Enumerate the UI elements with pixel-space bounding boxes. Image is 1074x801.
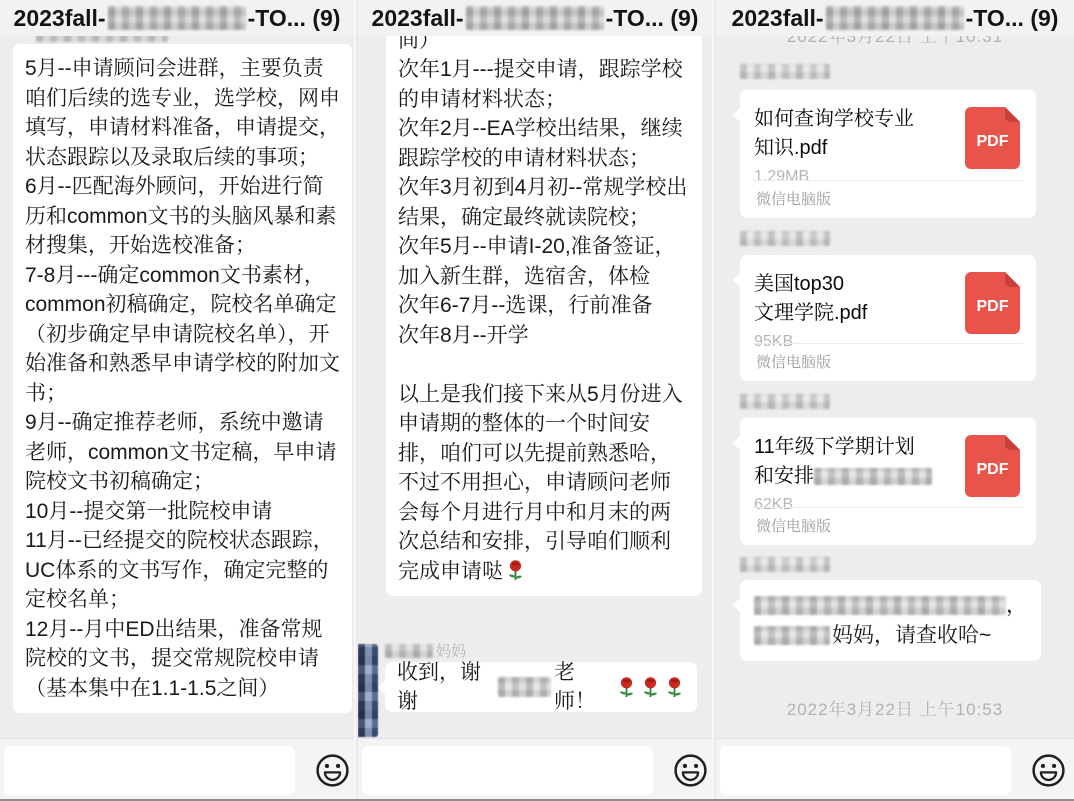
chat-title-suffix: -TO... (9) <box>966 5 1059 32</box>
redacted-name <box>754 626 830 645</box>
chat-title-bar: 2023fall- -TO... (9) <box>0 0 354 36</box>
chat-title-prefix: 2023fall- <box>14 5 106 32</box>
chat-screenshot-panel-3: 2022年3月22日 上午10:31 如何查询学校专业 知识.pdf 1.29M… <box>716 0 1074 801</box>
chat-messages-area: 2022年3月22日 上午10:31 如何查询学校专业 知识.pdf 1.29M… <box>716 0 1074 738</box>
chat-title-suffix: -TO... (9) <box>606 5 699 32</box>
message-bubble-timeline-part1: 5月--申请顾问会进群，主要负责咱们后续的选专业，选学校，网申填写，申请材料准备… <box>13 44 352 713</box>
chat-messages-area: 申请（基本集中在1.1-1.5之间） 次年1月---提交申请，跟踪学校的申请材料… <box>358 0 712 738</box>
chat-screenshot-panel-2: 2023fall- -TO... (9) 申请（基本集中在1.1-1.5之间） … <box>358 0 714 801</box>
file-source: 微信电脑版 <box>753 180 1023 218</box>
redacted-group-name <box>108 6 246 30</box>
message-bubble-reply: 收到，谢谢 老师！ <box>385 662 697 712</box>
chat-title-bar: 2023fall- -TO... (9) <box>358 0 712 36</box>
emoji-smiley-icon[interactable] <box>314 752 351 789</box>
message-input[interactable] <box>4 746 295 795</box>
redacted-message-line <box>754 596 1006 615</box>
chat-title-suffix: -TO... (9) <box>248 5 341 32</box>
file-card-pdf[interactable]: 11年级下学期计划 和安排 62KB PDF 微信电脑版 <box>740 418 1036 545</box>
message-input[interactable] <box>720 746 1011 795</box>
chat-screenshot-panel-1: 2023fall- -TO... (9) 5月--申请顾问会进群，主要负责咱们后… <box>0 0 356 801</box>
redacted-sender-name <box>740 394 830 409</box>
file-source: 微信电脑版 <box>753 343 1023 381</box>
redacted-sender-name <box>740 64 830 79</box>
rose-emoji-icon <box>640 676 661 699</box>
redacted-teacher-name <box>498 677 551 697</box>
svg-text:PDF: PDF <box>977 133 1009 150</box>
chat-input-bar <box>0 738 354 801</box>
svg-text:PDF: PDF <box>977 298 1009 315</box>
redacted-sender-name <box>740 231 830 246</box>
timestamp-divider: 2022年3月22日 上午10:53 <box>716 695 1074 720</box>
redacted-sender-name <box>740 557 830 572</box>
avatar[interactable] <box>358 644 378 737</box>
redacted-sender-name <box>385 644 433 658</box>
message-bubble-timeline-part2: 申请（基本集中在1.1-1.5之间） 次年1月---提交申请，跟踪学校的申请材料… <box>386 0 702 596</box>
file-name: 美国top30 文理学院.pdf <box>754 270 952 328</box>
pdf-file-icon: PDF <box>965 107 1020 169</box>
file-name: 11年级下学期计划 和安排 <box>754 433 952 491</box>
chat-title-prefix: 2023fall- <box>732 5 824 32</box>
chat-input-bar <box>716 738 1074 801</box>
rose-emoji-icon <box>664 676 685 699</box>
svg-text:PDF: PDF <box>977 461 1009 478</box>
redacted-group-name <box>826 6 964 30</box>
chat-title-bar: 2023fall- -TO... (9) <box>716 0 1074 36</box>
message-suffix: 妈妈，请查收哈~ <box>832 621 991 651</box>
reply-text-part2: 老师！ <box>554 658 613 717</box>
file-name: 如何查询学校专业 知识.pdf <box>754 105 952 163</box>
file-card-pdf[interactable]: 如何查询学校专业 知识.pdf 1.29MB PDF 微信电脑版 <box>740 90 1036 218</box>
message-text: 5月--申请顾问会进群，主要负责咱们后续的选专业，选学校，网申填写，申请材料准备… <box>25 57 340 700</box>
pdf-file-icon: PDF <box>965 435 1020 497</box>
message-bubble-note: ， 妈妈，请查收哈~ <box>740 580 1041 661</box>
chat-title-prefix: 2023fall- <box>372 5 464 32</box>
file-source: 微信电脑版 <box>753 507 1023 545</box>
message-text: 申请（基本集中在1.1-1.5之间） 次年1月---提交申请，跟踪学校的申请材料… <box>398 0 687 583</box>
emoji-smiley-icon[interactable] <box>672 752 709 789</box>
rose-emoji-icon <box>616 676 637 699</box>
reply-text-part1: 收到，谢谢 <box>397 658 495 717</box>
redacted-group-name <box>466 6 604 30</box>
message-input[interactable] <box>362 746 653 795</box>
rose-emoji-icon <box>505 559 526 582</box>
pdf-file-icon: PDF <box>965 272 1020 334</box>
redacted-file-name-suffix <box>814 468 932 485</box>
message-punctuation: ， <box>1006 591 1027 621</box>
emoji-smiley-icon[interactable] <box>1030 752 1067 789</box>
file-card-pdf[interactable]: 美国top30 文理学院.pdf 95KB PDF 微信电脑版 <box>740 255 1036 381</box>
chat-input-bar <box>358 738 712 801</box>
chat-messages-area: 5月--申请顾问会进群，主要负责咱们后续的选专业，选学校，网申填写，申请材料准备… <box>0 0 354 738</box>
